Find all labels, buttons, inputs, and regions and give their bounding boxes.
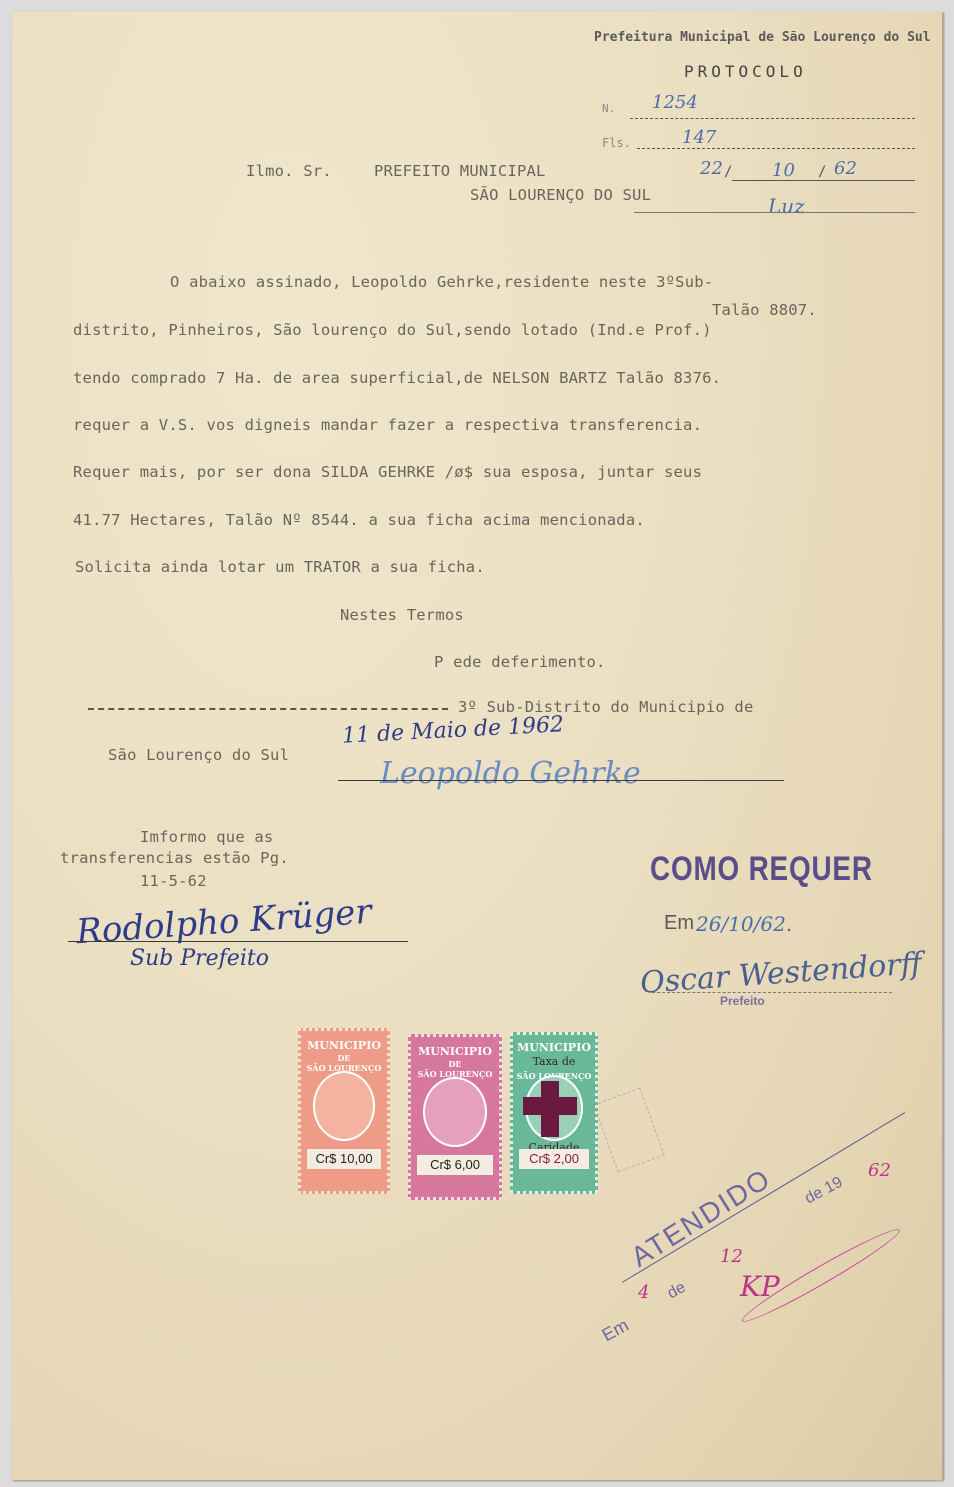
approval-date: 26/10/62. (696, 912, 792, 936)
closing-signature-line (338, 780, 784, 781)
approval-signature-line (652, 992, 892, 993)
stamp-portrait (313, 1071, 375, 1141)
closing-handwritten-date: 11 de Maio de 1962 (341, 712, 564, 749)
revenue-stamp-10: MUNICIPIO DE SÃO LOURENÇO Cr$ 10,00 (298, 1028, 390, 1194)
closing-terms: Nestes Termos (340, 606, 464, 624)
attended-year-label: de 19 (802, 1174, 846, 1209)
approval-title: COMO REQUER (650, 850, 873, 889)
attended-year: 62 (868, 1160, 891, 1181)
addressee-city: SÃO LOURENÇO DO SUL (470, 186, 651, 204)
attended-title: ATENDIDO (626, 1162, 777, 1273)
body-line-4: requer a V.S. vos digneis mandar fazer a… (73, 416, 702, 434)
stamp-value: Cr$ 6,00 (417, 1155, 493, 1175)
protocol-sheet-line (637, 148, 915, 149)
attended-month: 12 (720, 1246, 743, 1267)
stamp-header: MUNICIPIO (411, 1045, 499, 1058)
protocol-date-year: 62 (834, 158, 857, 179)
attended-em-label: Em (599, 1315, 633, 1346)
stamp-overprint-top: Taxa de (513, 1055, 595, 1068)
attended-de-label-1: de (665, 1279, 689, 1303)
body-line-6: 41.77 Hectares, Talão Nº 8544. a sua fic… (73, 511, 645, 529)
addressee-salutation: Ilmo. Sr. (246, 162, 332, 180)
protocol-date-line (732, 180, 915, 181)
approval-role: Prefeito (720, 994, 765, 1008)
body-line-1: O abaixo assinado, Leopoldo Gehrke,resid… (170, 273, 713, 291)
protocol-sheet: 147 (682, 127, 716, 148)
attended-day: 4 (638, 1282, 649, 1303)
protocol-date-month: 10 (772, 160, 795, 181)
stamp-value: Cr$ 10,00 (307, 1149, 381, 1169)
note-role: Sub Prefeito (130, 946, 269, 971)
body-line-3: tendo comprado 7 Ha. de area superficial… (73, 369, 721, 387)
protocol-number-label: N. (602, 102, 615, 115)
addressee-title: PREFEITO MUNICIPAL (374, 162, 546, 180)
protocol-number-line (630, 118, 915, 119)
stamp-de: DE (411, 1059, 499, 1069)
note-signature: Rodolpho Krüger (75, 892, 373, 953)
note-date: 11-5-62 (140, 872, 207, 890)
protocol-number: 1254 (652, 92, 698, 113)
protocol-initials-line (634, 212, 915, 213)
note-signature-line (68, 941, 408, 942)
closing-place: São Lourenço do Sul (108, 746, 289, 764)
body-talao-insert: Talão 8807. (712, 301, 817, 319)
stamp-de: DE (301, 1053, 387, 1063)
closing-district-line: 3º Sub-Distrito do Municipio de (458, 698, 754, 716)
protocol-date-day: 22 (700, 158, 723, 179)
protocol-title: PROTOCOLO (684, 62, 807, 81)
body-line-7: Solicita ainda lotar um TRATOR a sua fic… (75, 558, 485, 576)
protocol-initials: Luz (768, 194, 805, 218)
note-line-2: transferencias estão Pg. (60, 849, 289, 867)
closing-request: P ede deferimento. (434, 653, 606, 671)
protocol-date-slash: / (724, 164, 732, 180)
stamp-header: MUNICIPIO (513, 1041, 595, 1054)
approval-date-label: Em (664, 912, 694, 935)
stamp-header: MUNICIPIO (301, 1039, 387, 1052)
body-line-2: distrito, Pinheiros, São lourenço do Sul… (73, 321, 712, 339)
revenue-stamp-6: MUNICIPIO DE SÃO LOURENÇO Cr$ 6,00 (408, 1034, 502, 1200)
note-line-1: Imformo que as (140, 828, 273, 846)
document-page: Prefeitura Municipal de São Lourenço do … (12, 12, 943, 1480)
stamp-portrait (423, 1077, 487, 1147)
red-cross-icon-bar (523, 1097, 577, 1115)
closing-signature: Leopoldo Gehrke (380, 756, 641, 791)
protocol-date-slash-2: / (818, 164, 826, 180)
protocol-sheet-label: Fls. (602, 136, 631, 150)
stamp-value: Cr$ 2,00 (519, 1149, 589, 1169)
attended-stamp: ATENDIDO Em 4 de 12 de 19 62 KP (582, 1152, 922, 1372)
protocol-header: Prefeitura Municipal de São Lourenço do … (594, 30, 931, 45)
closing-dashes (88, 708, 448, 710)
body-line-5: Requer mais, por ser dona SILDA GEHRKE /… (73, 463, 702, 481)
